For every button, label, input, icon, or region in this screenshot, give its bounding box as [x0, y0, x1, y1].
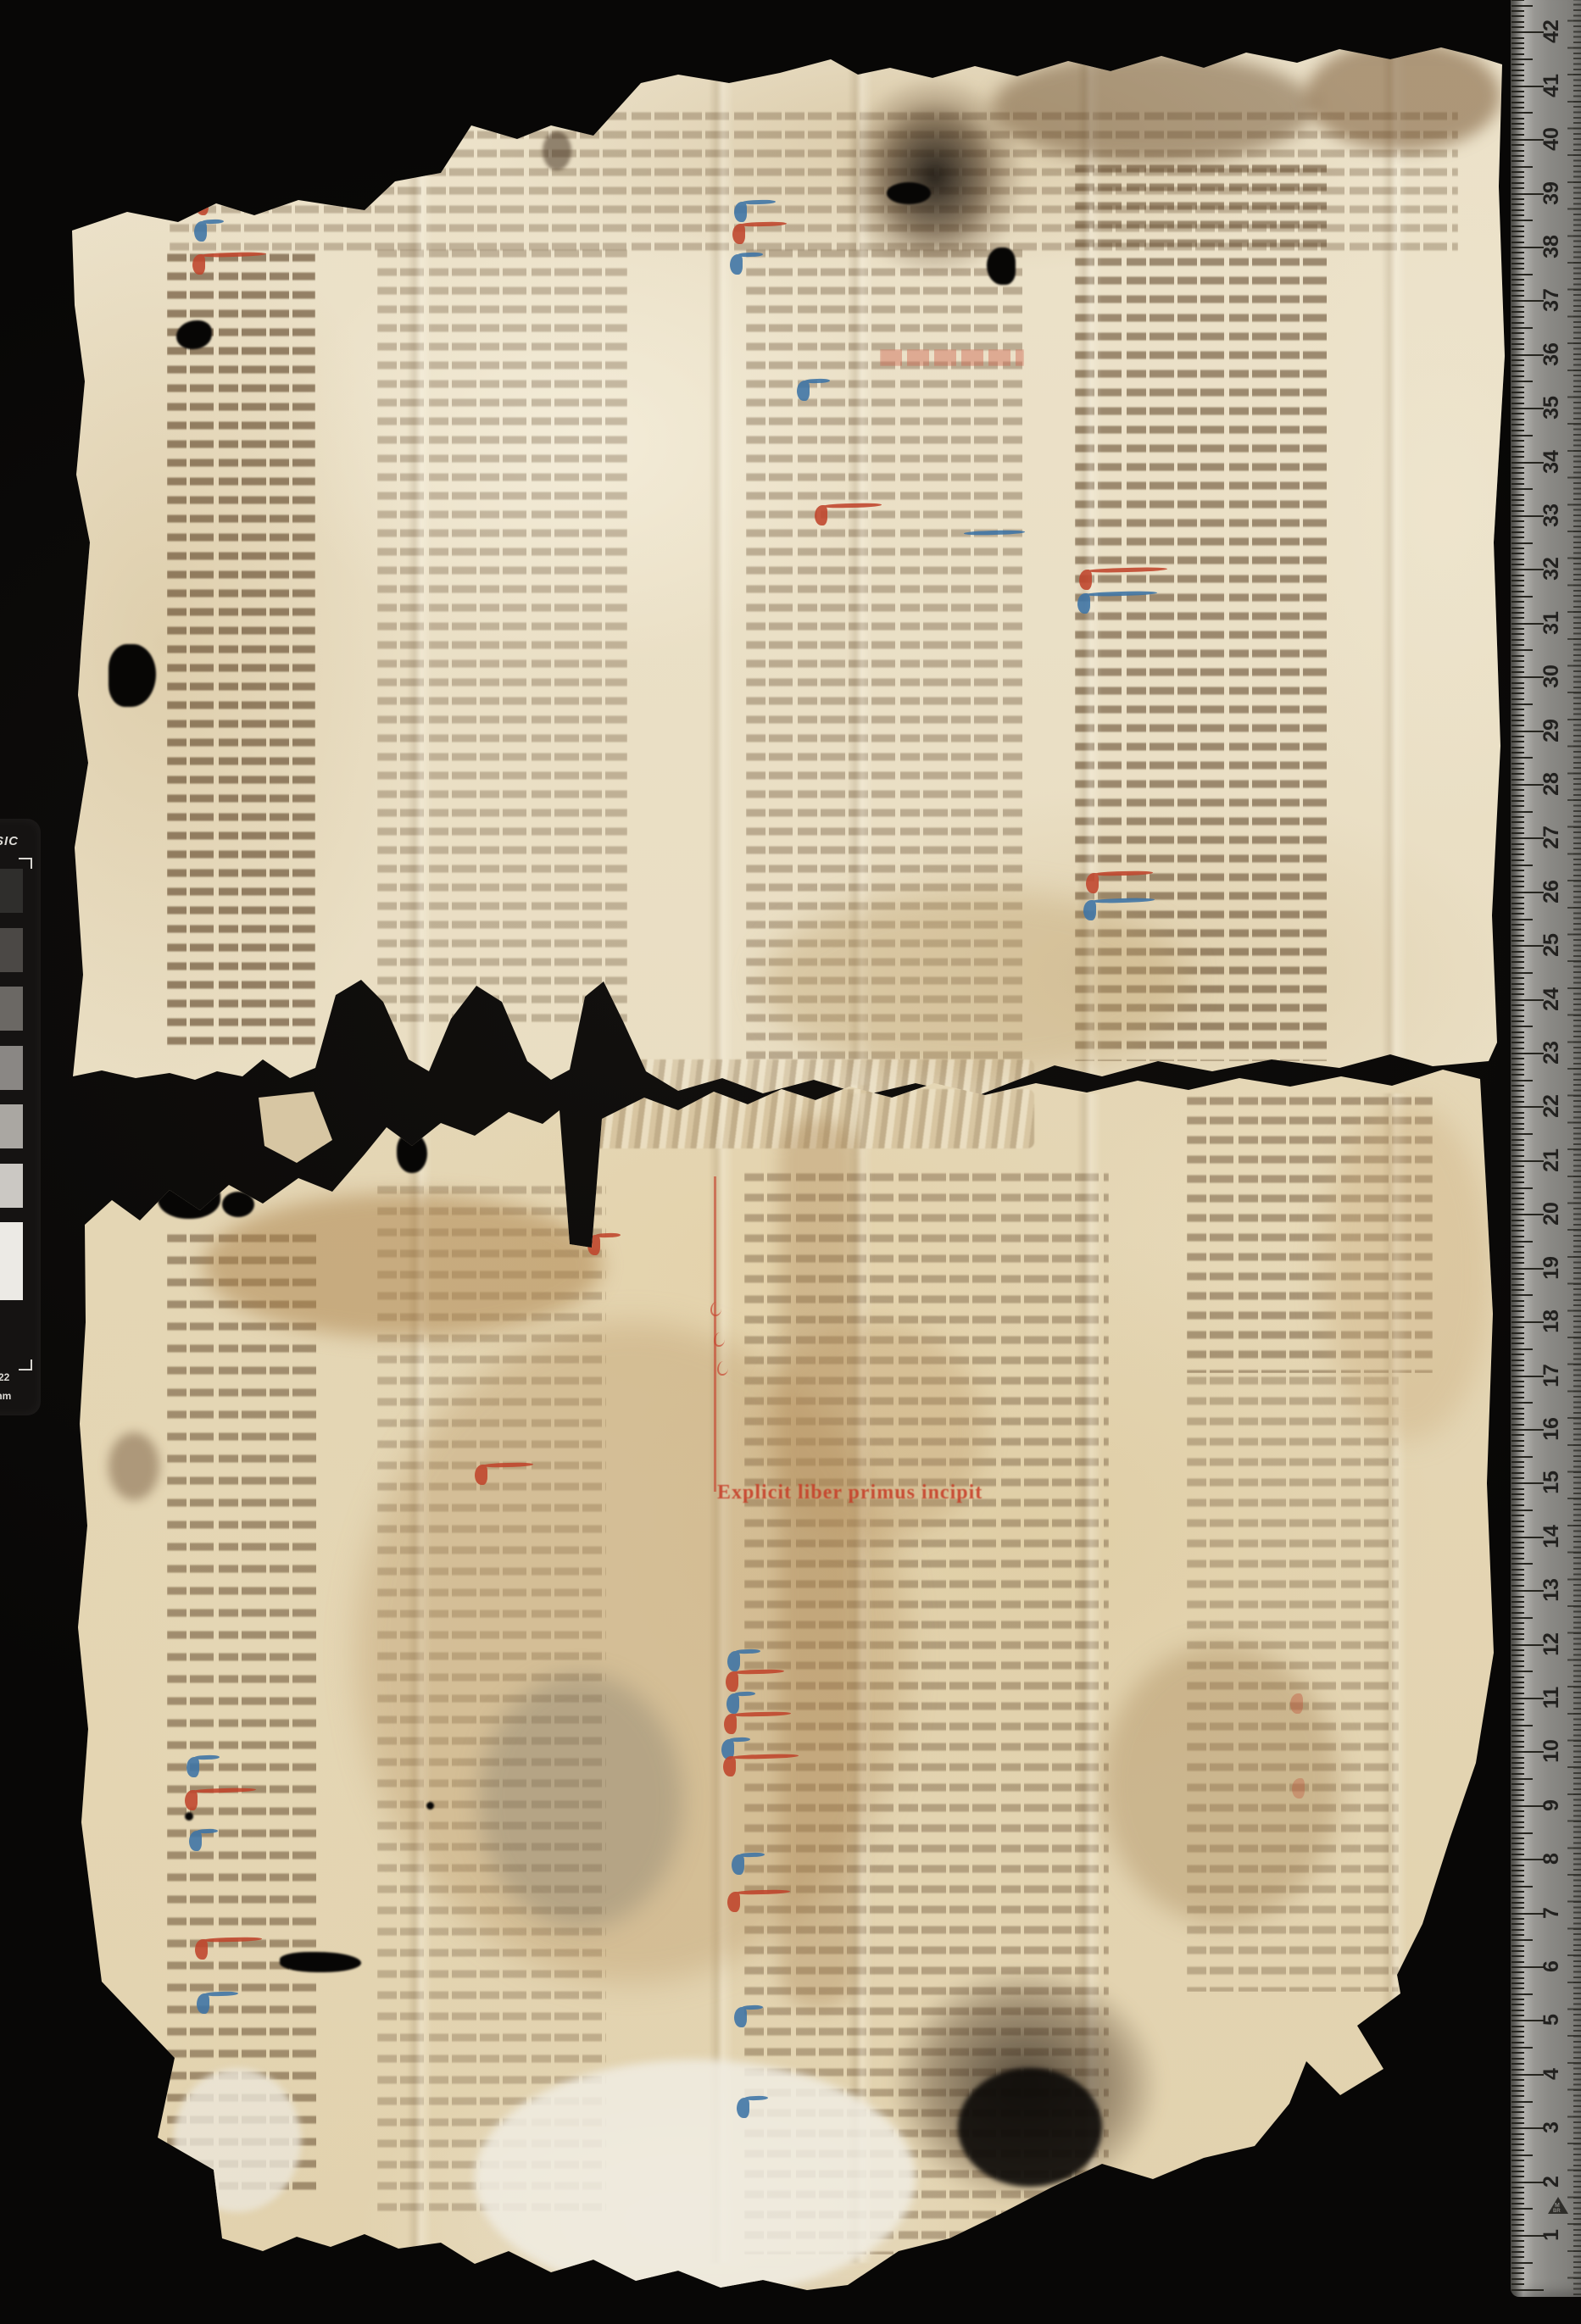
ruler-number: 5: [1534, 2001, 1568, 2038]
abrasion-patch: [475, 2060, 916, 2297]
ruler-number: 12: [1534, 1626, 1568, 1663]
paraph-mark-blue: [199, 167, 212, 187]
hole: [280, 1952, 361, 1972]
ruler-number: 34: [1534, 443, 1568, 481]
paraph-mark-blue: [1083, 900, 1096, 920]
grayscale-calibration-card: SIC 2/22 mm: [0, 819, 41, 1415]
paraph-mark-blue: [1077, 593, 1090, 614]
ruler-maker-mark: M BR: [1548, 2197, 1568, 2214]
gray-patch: [0, 928, 23, 972]
card-corner-mark: [19, 858, 32, 869]
brown-stain: [543, 131, 571, 170]
hole: [397, 1132, 427, 1173]
card-corner-mark: [19, 1359, 32, 1370]
ruler-number: 1: [1534, 2216, 1568, 2254]
tan-stain: [763, 1322, 983, 1543]
gray-patch: [0, 1222, 23, 1300]
metric-ruler: 1234567891011121314151617181920212223242…: [1511, 0, 1581, 2297]
card-label: SIC: [0, 834, 19, 848]
text-column: [167, 1231, 318, 2204]
paraph-mark-blue: [197, 1993, 209, 2014]
text-column: [167, 250, 315, 1055]
crumpled-torn-edge: [585, 1059, 1034, 1095]
brown-stain: [1305, 41, 1500, 151]
light-flap: [174, 2068, 301, 2212]
ruler-number: 20: [1534, 1195, 1568, 1232]
ruler-number: 17: [1534, 1357, 1568, 1394]
ruler-right-tick-scale: [1567, 0, 1581, 2297]
hole: [987, 247, 1016, 285]
ruler-number: 27: [1534, 819, 1568, 856]
ruler-number: 33: [1534, 497, 1568, 534]
ruler-number: 25: [1534, 926, 1568, 964]
gray-smudge: [479, 1674, 682, 1928]
paraph-mark-red: [1086, 873, 1099, 893]
soot-stain: [958, 2068, 1102, 2187]
ruler-number: 14: [1534, 1518, 1568, 1555]
gray-patch: [0, 869, 23, 913]
gray-patch: [0, 1164, 23, 1208]
paraph-mark-red: [726, 1671, 738, 1692]
card-unit-label: mm: [0, 1390, 11, 1402]
brown-stain: [203, 1193, 602, 1337]
hole: [185, 1812, 193, 1821]
paraph-mark-red: [195, 1939, 208, 1960]
fold-crease: [407, 51, 432, 1085]
paraph-mark-blue: [189, 1831, 202, 1851]
ruler-number: 29: [1534, 712, 1568, 749]
paraph-mark-blue: [186, 1757, 199, 1777]
brown-stain: [780, 1119, 856, 2009]
gray-patch: [0, 1046, 23, 1090]
ruler-number: 35: [1534, 389, 1568, 426]
hole: [222, 1192, 254, 1217]
paraph-mark-blue: [194, 221, 207, 242]
card-scale-label: 2/22: [0, 1371, 9, 1383]
paraph-mark-blue: [726, 1693, 739, 1714]
ruler-number: 24: [1534, 981, 1568, 1018]
ruler-number: 6: [1534, 1948, 1568, 1985]
paraph-mark-red: [185, 1790, 198, 1810]
hole: [887, 182, 931, 204]
hole: [158, 1178, 220, 1219]
ruler-number: 26: [1534, 873, 1568, 910]
explicit-rubric: Explicit liber primus incipit: [717, 1482, 1005, 1504]
paraph-mark-red: [1290, 1693, 1303, 1714]
paraph-mark-red: [732, 224, 745, 244]
ruler-number: 23: [1534, 1034, 1568, 1071]
gray-patch: [0, 1104, 23, 1148]
ruler-number: 21: [1534, 1142, 1568, 1179]
ruler-number: 2: [1534, 2163, 1568, 2200]
ruler-number: 39: [1534, 175, 1568, 212]
paraph-mark-red: [815, 505, 827, 525]
ruler-number: 32: [1534, 550, 1568, 587]
gray-patch: [0, 987, 23, 1031]
paraph-mark-blue: [737, 2098, 749, 2118]
burn-stain: [992, 53, 1314, 163]
ruler-number: 28: [1534, 765, 1568, 803]
tan-stain: [1322, 1102, 1492, 1441]
paraph-mark-red: [196, 195, 209, 215]
ruler-number: 11: [1534, 1679, 1568, 1716]
ruler-number: 15: [1534, 1464, 1568, 1501]
paraph-mark-red: [723, 1756, 736, 1776]
ruler-number: 31: [1534, 604, 1568, 642]
paraph-mark-blue: [797, 381, 810, 401]
paraph-mark-blue: [730, 254, 743, 275]
paraph-mark-red: [1292, 1778, 1305, 1799]
ruler-number: 42: [1534, 13, 1568, 50]
ruler-number: 9: [1534, 1787, 1568, 1824]
ruler-number: 30: [1534, 658, 1568, 695]
paraph-mark-red: [587, 1235, 600, 1255]
ruler-number: 10: [1534, 1732, 1568, 1770]
ruler-number: 18: [1534, 1303, 1568, 1340]
fold-crease: [709, 51, 734, 1085]
paraph-mark-blue: [734, 202, 747, 222]
ruler-number: 3: [1534, 2109, 1568, 2146]
paraph-mark-red: [724, 1714, 737, 1734]
ruler-number: 36: [1534, 336, 1568, 373]
paraph-mark-blue: [732, 1854, 744, 1875]
paraph-mark-blue: [727, 1651, 740, 1671]
ruler-number: 19: [1534, 1249, 1568, 1287]
ruler-number: 4: [1534, 2055, 1568, 2093]
paraph-mark-red: [192, 254, 205, 275]
photo-stage: Explicit liber primus incipit SIC 2/22 m…: [0, 0, 1581, 2324]
ruler-number: 37: [1534, 281, 1568, 319]
paraph-mark-red: [1079, 570, 1092, 590]
paraph-mark-red: [475, 1465, 487, 1485]
ruler-number: 40: [1534, 120, 1568, 158]
brown-stain: [109, 1432, 159, 1500]
faded-rubric-line: [880, 349, 1024, 366]
ruler-number: 41: [1534, 67, 1568, 104]
fold-crease: [1382, 51, 1407, 1085]
ruler-number: 22: [1534, 1087, 1568, 1125]
paraph-mark-blue: [734, 2007, 747, 2027]
hole: [109, 644, 156, 707]
ruler-number: 13: [1534, 1571, 1568, 1609]
ruler-number: 38: [1534, 228, 1568, 265]
hole: [426, 1802, 434, 1810]
paraph-mark-red: [727, 1892, 740, 1912]
ruler-number: 16: [1534, 1410, 1568, 1448]
tan-stain: [763, 890, 1187, 1076]
ruler-number: 7: [1534, 1894, 1568, 1932]
ruler-number: 8: [1534, 1840, 1568, 1877]
